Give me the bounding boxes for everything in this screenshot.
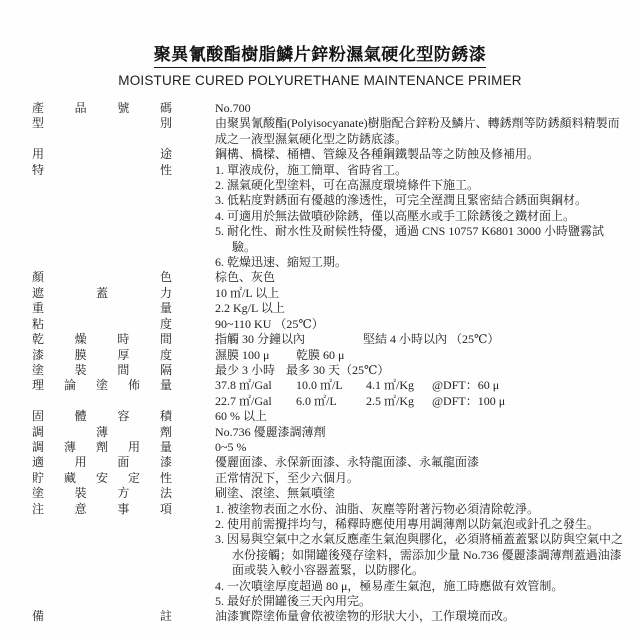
field-value-features: 1. 單液成份，施工簡單、省時省工。 2. 濕氣硬化型塗料，可在高濕度環境條件下…	[215, 163, 627, 271]
field-label-remark: 備註	[32, 609, 172, 624]
dry-time-hard: 堅結 4 小時以內 （25℃）	[363, 332, 499, 347]
row-type: 型別 由聚異氰酸酯(Polyisocyanate)樹脂配合鋅粉及鱗片、轉銹劑等防…	[32, 116, 640, 147]
datasheet-page: 聚異氰酸酯樹脂鱗片鋅粉濕氣硬化型防銹漆 MOISTURE CURED POLYU…	[0, 0, 640, 640]
row-coverage: 遮蓋力 10 ㎡/L 以上	[32, 286, 640, 301]
field-label-weight: 重量	[32, 301, 172, 316]
feature-item: 2. 濕氣硬化型塗料，可在高濕度環境條件下施工。	[215, 178, 627, 193]
row-theoretical-coverage: 理論塗佈量 37.8 ㎡/Gal 10.0 ㎡/L 4.1 ㎡/Kg @DFT：…	[32, 378, 640, 409]
field-label-type: 型別	[32, 116, 172, 131]
coverage-l: 10.0 ㎡/L	[296, 378, 363, 393]
row-dry-time: 乾燥時間 指觸 30 分鐘以內 堅結 4 小時以內 （25℃）	[32, 332, 640, 347]
coverage-line: 22.7 ㎡/Gal 6.0 ㎡/L 2.5 ㎡/Kg @DFT：100 μ	[215, 394, 627, 409]
field-label-features: 特性	[32, 163, 172, 178]
field-value-weight: 2.2 Kg/L 以上	[215, 301, 627, 316]
row-product-no: 產品號碼 No.700	[32, 101, 640, 116]
field-value-application-method: 刷塗、滾塗、無氣噴塗	[215, 486, 627, 501]
field-value-film-thickness: 濕膜 100 μ 乾膜 60 μ	[215, 348, 627, 363]
field-value-dry-time: 指觸 30 分鐘以內 堅結 4 小時以內 （25℃）	[215, 332, 627, 347]
coverage-dft: @DFT：60 μ	[432, 378, 499, 393]
field-label-shelf-life: 貯藏安定性	[32, 471, 172, 486]
row-notes: 注意事項 1. 被塗物表面之水份、油脂、灰塵等附著污物必須清除乾淨。 2. 使用…	[32, 502, 640, 610]
field-label-notes: 注意事項	[32, 502, 172, 517]
coverage-l: 6.0 ㎡/L	[296, 394, 363, 409]
row-weight: 重量 2.2 Kg/L 以上	[32, 301, 640, 316]
field-value-solid-volume: 60 % 以上	[215, 409, 627, 424]
coverage-kg: 4.1 ㎡/Kg	[366, 378, 429, 393]
field-label-thinner: 調薄劑	[32, 425, 172, 440]
dry-time-touch: 指觸 30 分鐘以內	[215, 332, 360, 347]
field-value-type: 由聚異氰酸酯(Polyisocyanate)樹脂配合鋅粉及鱗片、轉銹劑等防銹顏料…	[215, 116, 627, 147]
feature-item: 4. 可適用於無法做噴砂除銹，僅以高壓水或手工除銹後之鐵材面上。	[215, 209, 627, 224]
feature-item: 6. 乾燥迅速、縮短工期。	[215, 255, 627, 270]
feature-item: 3. 低粘度對銹面有優越的滲透性，可完全溼潤且緊密結合銹面與鋼材。	[215, 193, 627, 208]
row-application-method: 塗裝方法 刷塗、滾塗、無氣噴塗	[32, 486, 640, 501]
note-item: 4. 一次噴塗厚度超過 80 μ，極易產生氣泡，施工時應做有效管制。	[215, 579, 627, 594]
row-usage: 用途 鋼構、橋樑、桶槽、管線及各種鋼鐵製品等之防蝕及修補用。	[32, 147, 640, 162]
field-value-theoretical-coverage: 37.8 ㎡/Gal 10.0 ㎡/L 4.1 ㎡/Kg @DFT：60 μ 2…	[215, 378, 627, 409]
note-item: 3. 因易與空氣中之水氣反應產生氣泡與膠化，必須將桶蓋蓋緊以防與空氣中之水份接觸…	[215, 532, 627, 578]
coverage-gal: 37.8 ㎡/Gal	[215, 378, 293, 393]
film-dry: 乾膜 60 μ	[296, 348, 344, 363]
coverage-line: 37.8 ㎡/Gal 10.0 ㎡/L 4.1 ㎡/Kg @DFT：60 μ	[215, 378, 627, 393]
feature-item: 1. 單液成份，施工簡單、省時省工。	[215, 163, 627, 178]
row-shelf-life: 貯藏安定性 正常情況下，至少六個月。	[32, 471, 640, 486]
row-features: 特性 1. 單液成份，施工簡單、省時省工。 2. 濕氣硬化型塗料，可在高濕度環境…	[32, 163, 640, 271]
field-label-coverage: 遮蓋力	[32, 286, 172, 301]
coverage-gal: 22.7 ㎡/Gal	[215, 394, 293, 409]
header: 聚異氰酸酯樹脂鱗片鋅粉濕氣硬化型防銹漆 MOISTURE CURED POLYU…	[0, 0, 640, 88]
field-value-coverage: 10 ㎡/L 以上	[215, 286, 627, 301]
field-value-shelf-life: 正常情況下，至少六個月。	[215, 471, 627, 486]
field-label-solid-volume: 固體容積	[32, 409, 172, 424]
row-color: 顏色 棕色、灰色	[32, 270, 640, 285]
field-label-dry-time: 乾燥時間	[32, 332, 172, 347]
field-label-color: 顏色	[32, 270, 172, 285]
field-label-recoat-interval: 塗裝間隔	[32, 363, 172, 378]
page-subtitle: MOISTURE CURED POLYURETHANE MAINTENANCE …	[0, 73, 640, 88]
field-label-viscosity: 粘度	[32, 317, 172, 332]
coverage-dft: @DFT：100 μ	[432, 394, 505, 409]
row-recoat-interval: 塗裝間隔 最少 3 小時 最多 30 天（25℃）	[32, 363, 640, 378]
note-item: 2. 使用前需攪拌均勻，稀釋時應使用專用調薄劑以防氣泡或針孔之發生。	[215, 517, 627, 532]
page-title: 聚異氰酸酯樹脂鱗片鋅粉濕氣硬化型防銹漆	[154, 40, 487, 68]
row-thinner-amount: 調薄劑用量 0~5 %	[32, 440, 640, 455]
field-label-usage: 用途	[32, 147, 172, 162]
field-label-topcoats: 適用面漆	[32, 455, 172, 470]
note-item: 5. 最好於開罐後三天內用完。	[215, 594, 627, 609]
field-value-recoat-interval: 最少 3 小時 最多 30 天（25℃）	[215, 363, 627, 378]
field-label-application-method: 塗裝方法	[32, 486, 172, 501]
feature-item: 5. 耐化性、耐水性及耐候性特優，通過 CNS 10757 K6801 3000…	[215, 224, 627, 255]
row-thinner: 調薄劑 No.736 優麗漆調薄劑	[32, 425, 640, 440]
field-value-notes: 1. 被塗物表面之水份、油脂、灰塵等附著污物必須清除乾淨。 2. 使用前需攪拌均…	[215, 502, 627, 610]
row-topcoats: 適用面漆 優麗面漆、永保新面漆、永特龍面漆、永氟龍面漆	[32, 455, 640, 470]
field-label-product-no: 產品號碼	[32, 101, 172, 116]
field-label-thinner-amount: 調薄劑用量	[32, 440, 172, 455]
field-value-color: 棕色、灰色	[215, 270, 627, 285]
row-film-thickness: 漆膜厚度 濕膜 100 μ 乾膜 60 μ	[32, 348, 640, 363]
recoat-min: 最少 3 小時	[215, 363, 283, 378]
row-viscosity: 粘度 90~110 KU （25℃）	[32, 317, 640, 332]
field-value-topcoats: 優麗面漆、永保新面漆、永特龍面漆、永氟龍面漆	[215, 455, 627, 470]
field-value-product-no: No.700	[215, 101, 627, 116]
spec-sheet: 產品號碼 No.700 型別 由聚異氰酸酯(Polyisocyanate)樹脂配…	[32, 101, 640, 625]
film-wet: 濕膜 100 μ	[215, 348, 293, 363]
field-value-thinner-amount: 0~5 %	[215, 440, 627, 455]
field-value-usage: 鋼構、橋樑、桶槽、管線及各種鋼鐵製品等之防蝕及修補用。	[215, 147, 627, 162]
note-item: 1. 被塗物表面之水份、油脂、灰塵等附著污物必須清除乾淨。	[215, 502, 627, 517]
field-label-theoretical-coverage: 理論塗佈量	[32, 378, 172, 393]
field-value-viscosity: 90~110 KU （25℃）	[215, 317, 627, 332]
row-solid-volume: 固體容積 60 % 以上	[32, 409, 640, 424]
field-label-film-thickness: 漆膜厚度	[32, 348, 172, 363]
field-value-thinner: No.736 優麗漆調薄劑	[215, 425, 627, 440]
coverage-kg: 2.5 ㎡/Kg	[366, 394, 429, 409]
recoat-max: 最多 30 天（25℃）	[286, 363, 389, 378]
field-value-remark: 油漆實際塗佈量會依被塗物的形狀大小，工作環境而改。	[215, 609, 627, 624]
row-remark: 備註 油漆實際塗佈量會依被塗物的形狀大小，工作環境而改。	[32, 609, 640, 624]
